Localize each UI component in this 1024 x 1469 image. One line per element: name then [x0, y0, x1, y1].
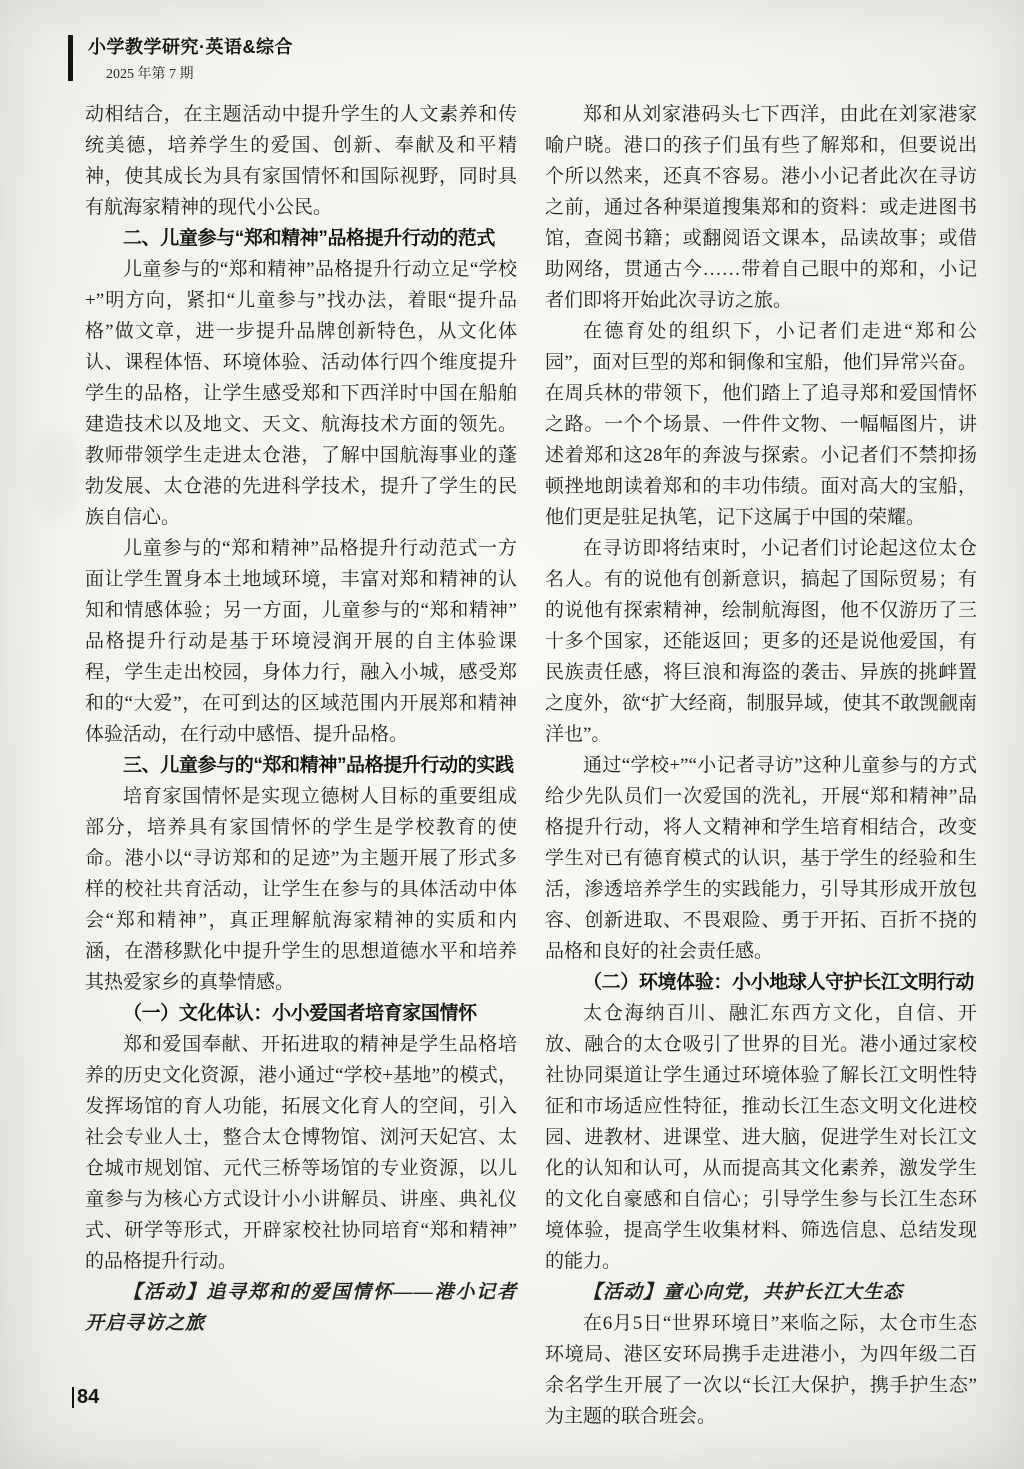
paragraph: 通过“学校+”“小记者寻访”这种儿童参与的方式给少先队员们一次爱国的洗礼，开展“…	[545, 750, 977, 967]
activity-caption: 【活动】童心向党，共护长江大生态	[545, 1277, 977, 1308]
scanned-journal-page: 小学教学研究·英语&综合 2025 年第 7 期 动相结合，在主题活动中提升学生…	[0, 0, 1024, 1469]
journal-issue: 2025 年第 7 期	[106, 63, 293, 83]
scan-smudge	[30, 430, 80, 520]
paragraph: 在6月5日“世界环境日”来临之际，太仓市生态环境局、港区安环局携手走进港小，为四…	[545, 1308, 977, 1432]
paragraph: 培育家国情怀是实现立德树人目标的重要组成部分，培养具有家国情怀的学生是学校教育的…	[85, 781, 517, 998]
page-number: 84	[77, 1386, 99, 1409]
right-column: 郑和从刘家港码头七下西洋，由此在刘家港家喻户晓。港口的孩子们虽有些了解郑和，但要…	[545, 99, 977, 1432]
article-body: 动相结合，在主题活动中提升学生的人文素养和传统美德，培养学生的爱国、创新、奉献及…	[85, 99, 977, 1432]
paragraph: 在德育处的组织下，小记者们走进“郑和公园”，面对巨型的郑和铜像和宝船，他们异常兴…	[545, 316, 977, 533]
paragraph: 太仓海纳百川、融汇东西方文化，自信、开放、融合的太仓吸引了世界的目光。港小通过家…	[545, 998, 977, 1277]
paragraph: 动相结合，在主题活动中提升学生的人文素养和传统美德，培养学生的爱国、创新、奉献及…	[85, 99, 517, 223]
paragraph: 郑和从刘家港码头七下西洋，由此在刘家港家喻户晓。港口的孩子们虽有些了解郑和，但要…	[545, 99, 977, 316]
paragraph: 郑和爱国奉献、开拓进取的精神是学生品格培养的历史文化资源，港小通过“学校+基地”…	[85, 1029, 517, 1277]
journal-header: 小学教学研究·英语&综合 2025 年第 7 期	[68, 33, 293, 83]
subsection-heading: （二）环境体验：小小地球人守护长江文明行动	[545, 967, 977, 998]
paragraph: 儿童参与的“郑和精神”品格提升行动立足“学校+”明方向，紧扣“儿童参与”找办法，…	[85, 254, 517, 533]
journal-title: 小学教学研究·英语&综合	[88, 33, 293, 59]
page-footer: 84	[72, 1386, 99, 1409]
left-column: 动相结合，在主题活动中提升学生的人文素养和传统美德，培养学生的爱国、创新、奉献及…	[85, 99, 517, 1432]
paragraph: 儿童参与的“郑和精神”品格提升行动范式一方面让学生置身本土地域环境，丰富对郑和精…	[85, 533, 517, 750]
activity-caption: 【活动】追寻郑和的爱国情怀——港小记者开启寻访之旅	[85, 1277, 517, 1339]
header-rule	[68, 35, 73, 81]
subsection-heading: （一）文化体认：小小爱国者培育家国情怀	[85, 998, 517, 1029]
footer-rule	[72, 1387, 74, 1408]
section-heading: 三、儿童参与的“郑和精神”品格提升行动的实践	[85, 750, 517, 781]
section-heading: 二、儿童参与“郑和精神”品格提升行动的范式	[85, 223, 517, 254]
paragraph: 在寻访即将结束时，小记者们讨论起这位太仓名人。有的说他有创新意识，搞起了国际贸易…	[545, 533, 977, 750]
